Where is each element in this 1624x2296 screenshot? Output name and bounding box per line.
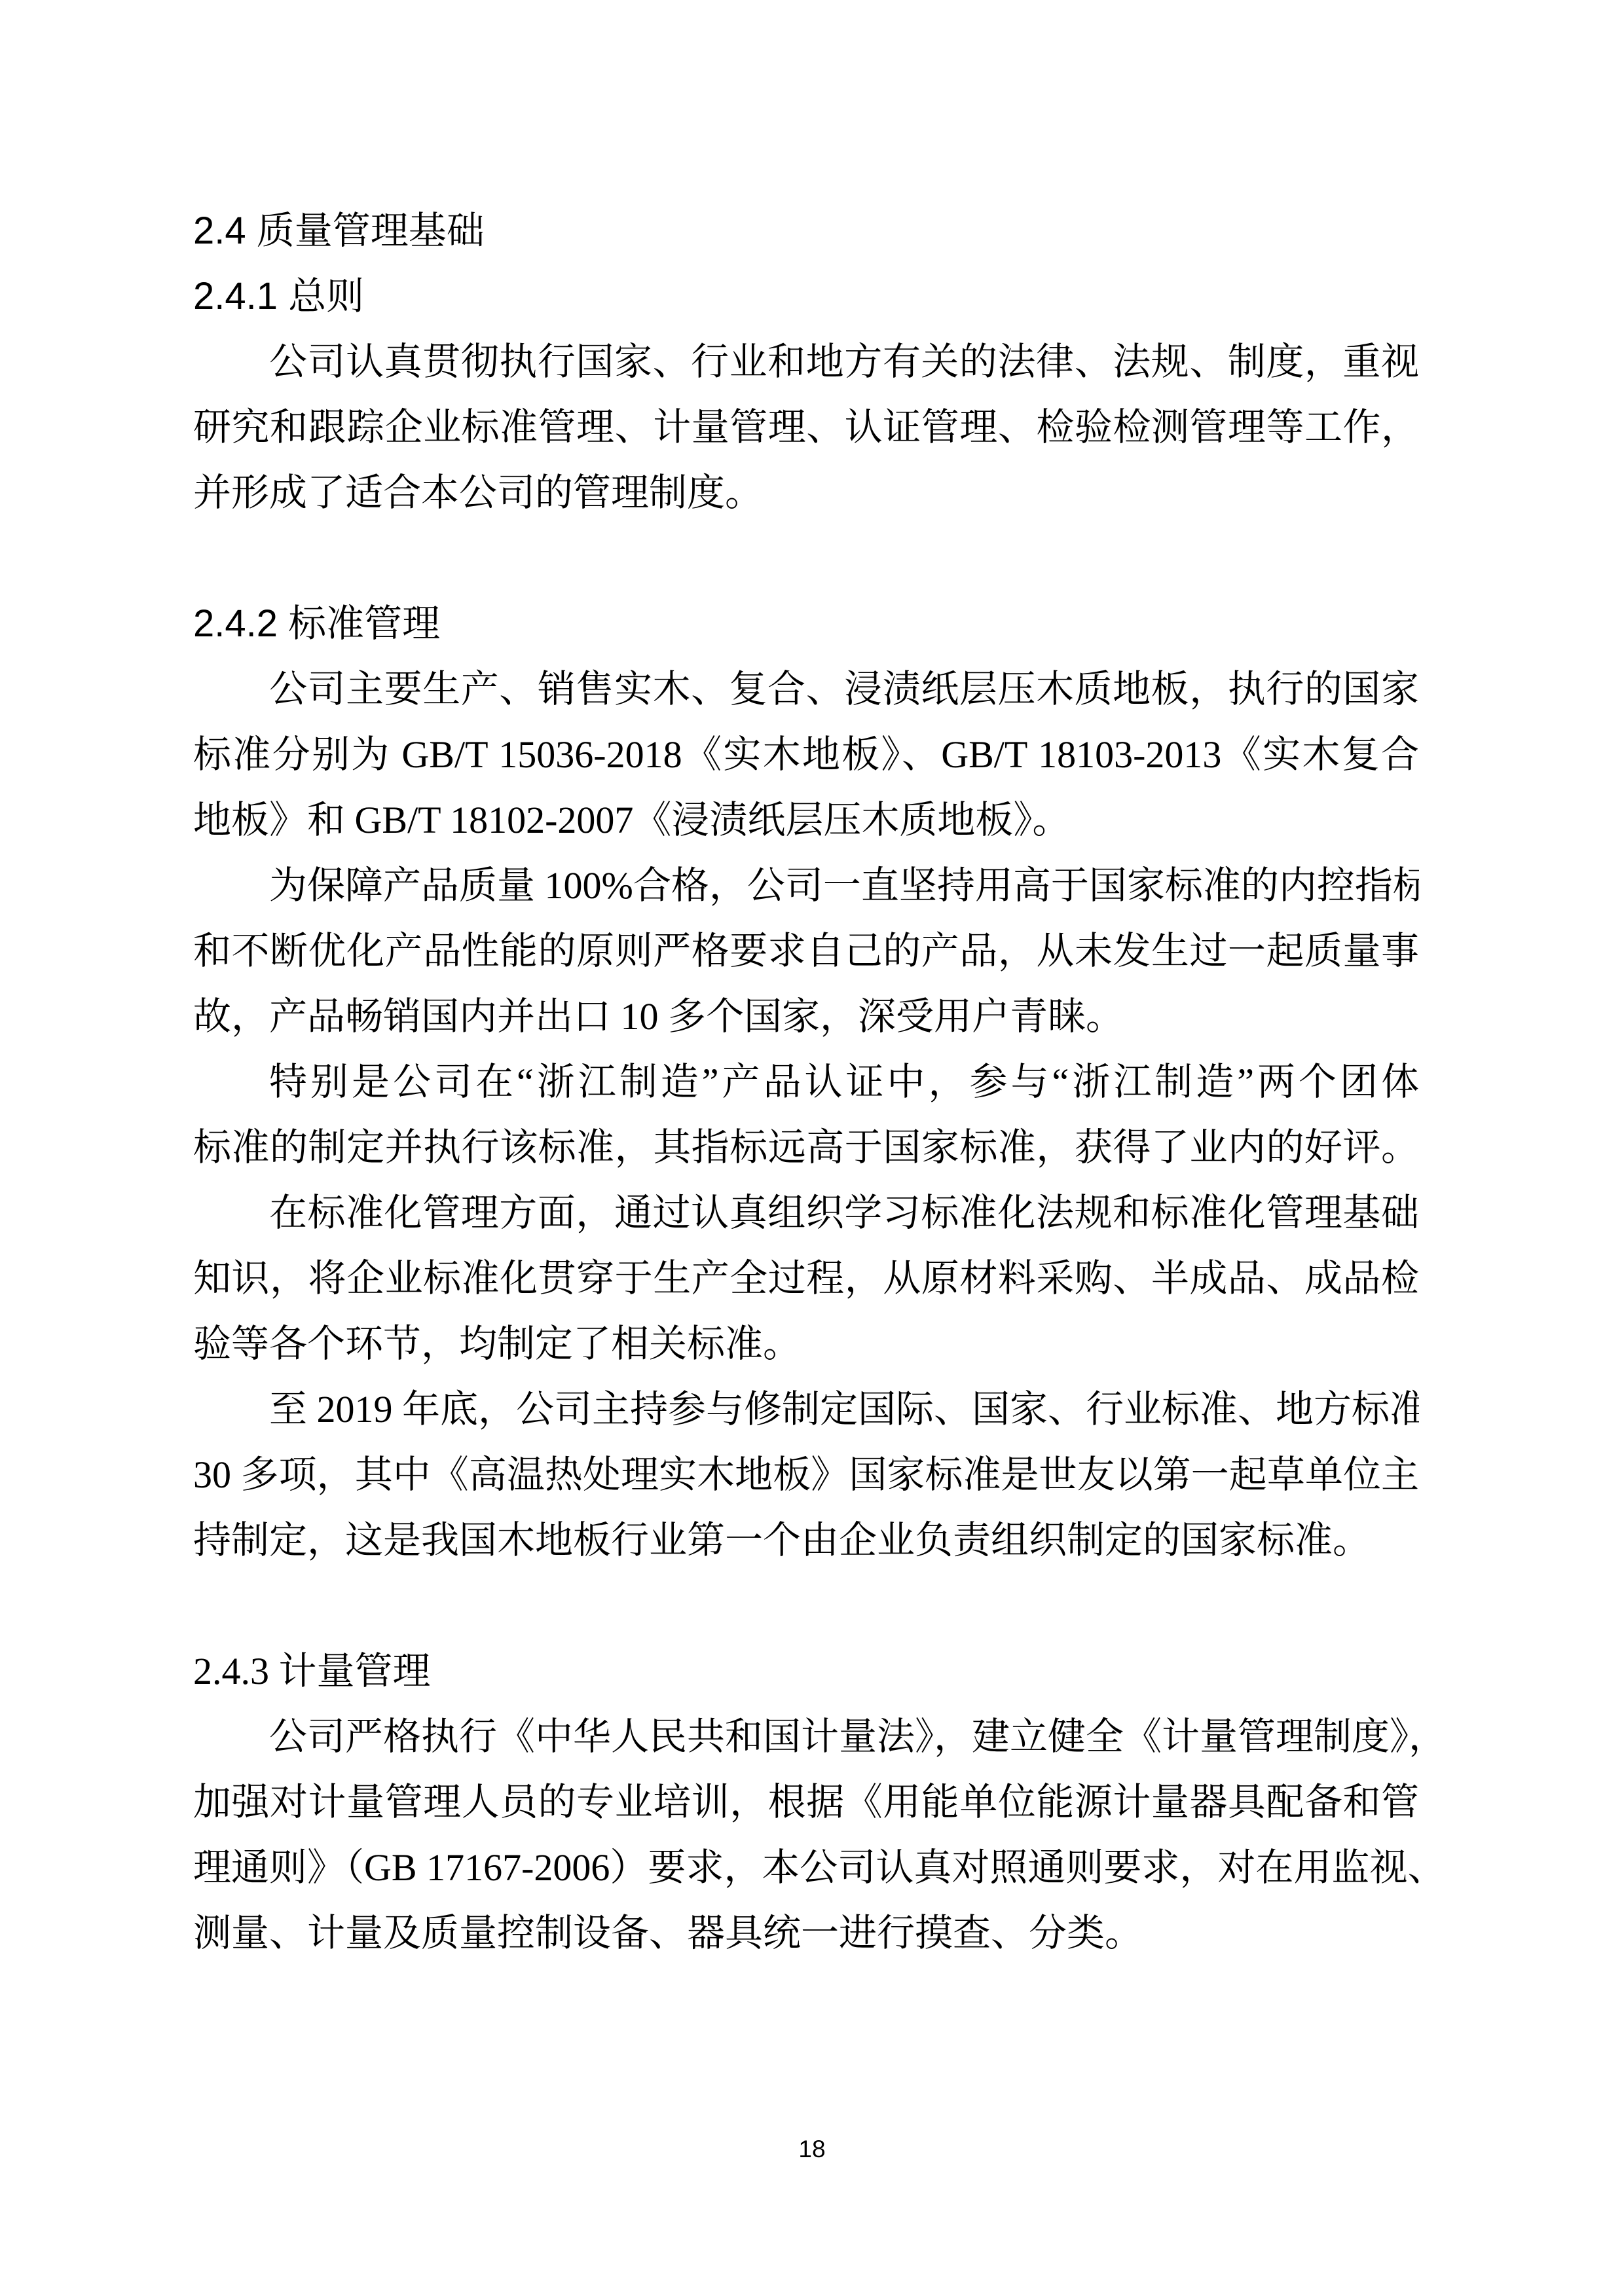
blank-line bbox=[193, 1573, 1419, 1639]
paragraph-line: 故，产品畅销国内并出口 10 多个国家，深受用户青睐。 bbox=[193, 984, 1419, 1049]
heading-2-4: 2.4 质量管理基础 bbox=[193, 198, 1419, 264]
paragraph-line: 标准的制定并执行该标准，其指标远高于国家标准，获得了业内的好评。 bbox=[193, 1115, 1419, 1180]
paragraph-line: 公司认真贯彻执行国家、行业和地方有关的法律、法规、制度，重视 bbox=[193, 329, 1419, 395]
paragraph-line: 标准分别为 GB/T 15036-2018《实木地板》、GB/T 18103-2… bbox=[193, 722, 1419, 788]
paragraph-line: 和不断优化产品性能的原则严格要求自己的产品，从未发生过一起质量事 bbox=[193, 919, 1419, 984]
paragraph-line: 地板》和 GB/T 18102-2007《浸渍纸层压木质地板》。 bbox=[193, 788, 1419, 853]
paragraph-line: 研究和跟踪企业标准管理、计量管理、认证管理、检验检测管理等工作， bbox=[193, 395, 1419, 460]
paragraph-line: 特别是公司在“浙江制造”产品认证中，参与“浙江制造”两个团体 bbox=[193, 1049, 1419, 1115]
paragraph-line: 持制定，这是我国木地板行业第一个由企业负责组织制定的国家标准。 bbox=[193, 1508, 1419, 1573]
paragraph-line: 公司严格执行《中华人民共和国计量法》，建立健全《计量管理制度》， bbox=[193, 1704, 1419, 1770]
paragraph-line: 并形成了适合本公司的管理制度。 bbox=[193, 460, 1419, 526]
paragraph-line: 至 2019 年底，公司主持参与修制定国际、国家、行业标准、地方标准 bbox=[193, 1377, 1419, 1442]
document-page: 2.4 质量管理基础 2.4.1 总则 公司认真贯彻执行国家、行业和地方有关的法… bbox=[0, 0, 1624, 2296]
text-content: 2.4 质量管理基础 2.4.1 总则 公司认真贯彻执行国家、行业和地方有关的法… bbox=[193, 198, 1419, 1966]
paragraph-line: 理通则》（GB 17167-2006）要求，本公司认真对照通则要求，对在用监视、 bbox=[193, 1835, 1419, 1901]
heading-2-4-3: 2.4.3 计量管理 bbox=[193, 1639, 1419, 1704]
heading-2-4-1: 2.4.1 总则 bbox=[193, 264, 1419, 329]
paragraph-line: 30 多项，其中《高温热处理实木地板》国家标准是世友以第一起草单位主 bbox=[193, 1442, 1419, 1508]
paragraph-line: 为保障产品质量 100%合格，公司一直坚持用高于国家标准的内控指标 bbox=[193, 853, 1419, 919]
paragraph-line: 验等各个环节，均制定了相关标准。 bbox=[193, 1311, 1419, 1377]
heading-2-4-2: 2.4.2 标准管理 bbox=[193, 591, 1419, 657]
paragraph-line: 加强对计量管理人员的专业培训，根据《用能单位能源计量器具配备和管 bbox=[193, 1770, 1419, 1835]
paragraph-line: 在标准化管理方面，通过认真组织学习标准化法规和标准化管理基础 bbox=[193, 1180, 1419, 1246]
paragraph-line: 公司主要生产、销售实木、复合、浸渍纸层压木质地板，执行的国家 bbox=[193, 657, 1419, 722]
blank-line bbox=[193, 526, 1419, 591]
paragraph-line: 测量、计量及质量控制设备、器具统一进行摸查、分类。 bbox=[193, 1901, 1419, 1966]
paragraph-line: 知识，将企业标准化贯穿于生产全过程，从原材料采购、半成品、成品检 bbox=[193, 1246, 1419, 1311]
page-number: 18 bbox=[0, 2133, 1624, 2166]
